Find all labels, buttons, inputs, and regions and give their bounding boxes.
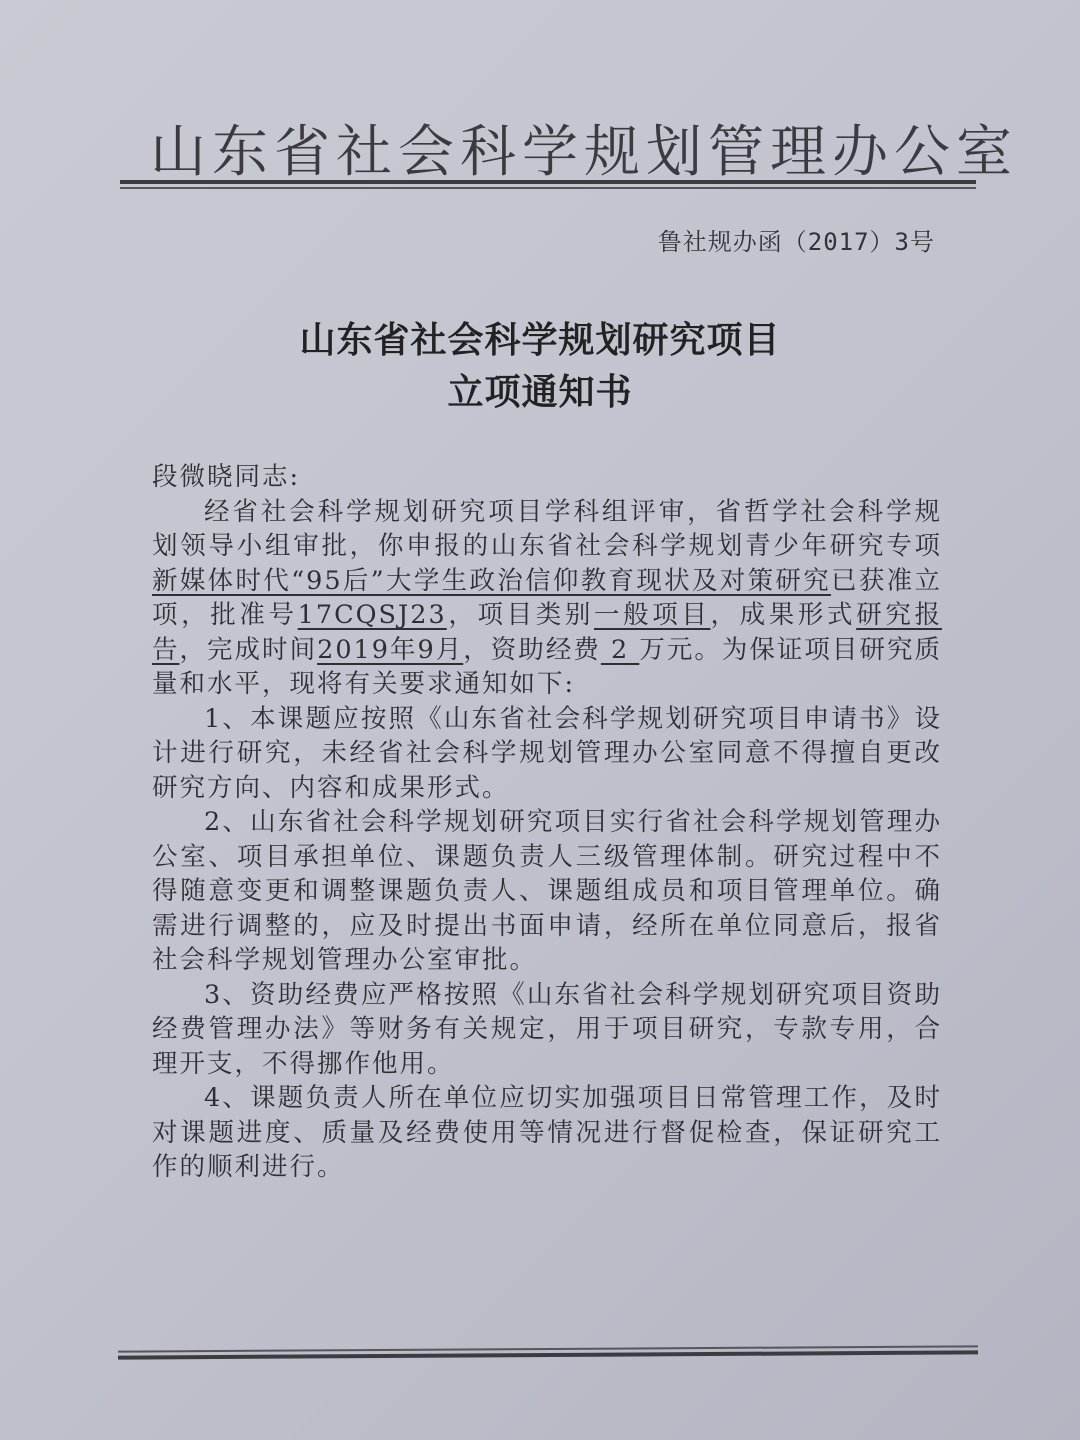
funding-amount: 2 [601,635,639,665]
document-number: 鲁社规办函（2017）3号 [658,222,935,257]
completion-date: 2019年9月 [317,635,463,665]
document-title-line2: 立项通知书 [0,364,1080,415]
intro-text: ，项目类别 [447,600,594,630]
intro-text: ，成果形式 [711,600,857,630]
salutation: 段微晓同志: [152,460,942,495]
approval-number: 17CQSJ23 [298,600,447,630]
requirement-item: 3、资助经费应严格按照《山东省社会科学规划研究项目资助经费管理办法》等财务有关规… [152,978,942,1082]
letterhead-rule-thick [120,180,976,184]
project-category: 一般项目 [594,600,711,630]
project-title: 新媒体时代“95后”大学生政治信仰教育现状及对策研究 [152,566,831,596]
intro-text: ，资助经费 [463,635,601,665]
requirement-item: 2、山东省社会科学规划研究项目实行省社会科学规划管理办公室、项目承担单位、课题负… [152,805,942,978]
letterhead-rule-thin [120,187,976,189]
document-title-line1: 山东省社会科学规划研究项目 [0,312,1080,363]
intro-paragraph: 经省社会科学规划研究项目学科组评审，省哲学社会科学规划领导小组审批，你申报的山东… [152,495,942,702]
requirement-item: 4、课题负责人所在单位应切实加强项目日常管理工作，及时对课题进度、质量及经费使用… [152,1081,942,1185]
requirement-item: 1、本课题应按照《山东省社会科学规划研究项目申请书》设计进行研究，未经省社会科学… [152,702,942,806]
intro-text: ，完成时间 [180,635,318,665]
organization-letterhead: 山东省社会科学规划管理办公室 [150,108,1018,188]
intro-text: 经省社会科学规划研究项目学科组评审，省哲学社会科学规划领导小组审批，你申报的山东… [152,497,942,562]
document-page: 山东省社会科学规划管理办公室 鲁社规办函（2017）3号 山东省社会科学规划研究… [0,0,1080,1440]
document-body: 段微晓同志: 经省社会科学规划研究项目学科组评审，省哲学社会科学规划领导小组审批… [152,460,942,1185]
